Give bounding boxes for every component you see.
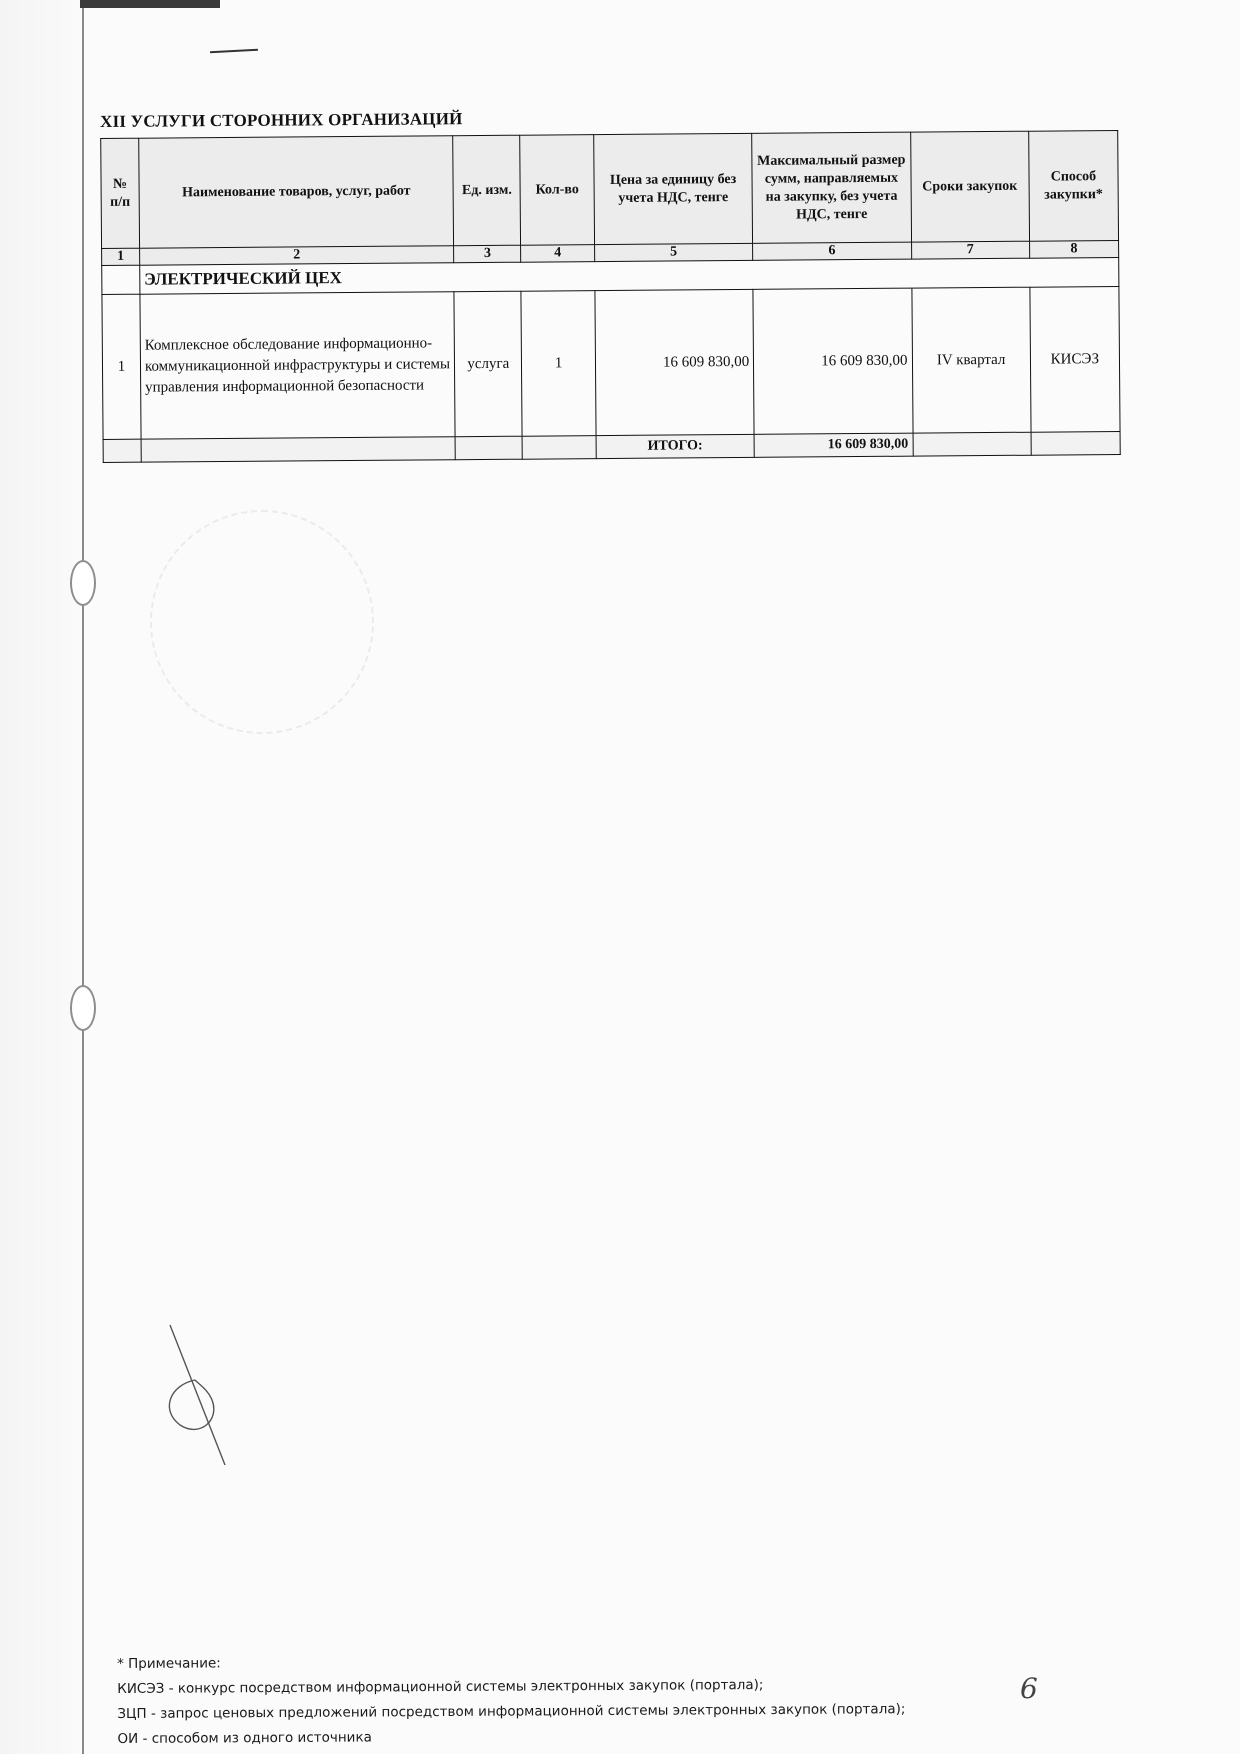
signature-mark bbox=[150, 1320, 270, 1470]
column-number: 3 bbox=[454, 245, 521, 263]
row-no: 1 bbox=[102, 294, 141, 439]
header-period: Сроки закупок bbox=[910, 131, 1029, 242]
page-edge-line bbox=[82, 0, 84, 1754]
footnote: * Примечание: КИСЭЗ - конкурс посредство… bbox=[117, 1647, 906, 1752]
procurement-section: XII УСЛУГИ СТОРОННИХ ОРГАНИЗАЦИЙ № п/п Н… bbox=[100, 104, 1123, 463]
row-unit-price: 16 609 830,00 bbox=[595, 289, 754, 435]
scan-margin bbox=[0, 0, 80, 1754]
column-number: 4 bbox=[521, 245, 595, 263]
header-qty: Кол-во bbox=[520, 135, 594, 246]
table-row: 1 Комплексное обследование информационно… bbox=[102, 287, 1120, 440]
total-blank bbox=[103, 439, 141, 462]
procurement-table: № п/п Наименование товаров, услуг, работ… bbox=[100, 130, 1121, 463]
header-max-amount: Максимальный размер сумм, направляемых н… bbox=[752, 132, 911, 243]
total-label: ИТОГО: bbox=[596, 434, 755, 458]
column-number: 6 bbox=[753, 242, 911, 260]
scan-artifact-bar bbox=[80, 0, 220, 8]
column-number: 5 bbox=[594, 243, 752, 261]
table-header-row: № п/п Наименование товаров, услуг, работ… bbox=[101, 131, 1119, 249]
row-unit: услуга bbox=[454, 291, 522, 437]
footnote-line: ОИ - способом из одного источника bbox=[117, 1722, 905, 1752]
row-qty: 1 bbox=[521, 291, 596, 437]
header-method: Способ закупки* bbox=[1028, 131, 1118, 242]
row-period: IV квартал bbox=[911, 287, 1030, 433]
header-name: Наименование товаров, услуг, работ bbox=[139, 136, 454, 248]
section-title: XII УСЛУГИ СТОРОННИХ ОРГАНИЗАЦИЙ bbox=[100, 104, 1120, 132]
page-number: 6 bbox=[1020, 1672, 1038, 1705]
group-row-blank bbox=[102, 265, 140, 294]
total-blank bbox=[141, 437, 456, 462]
footnote-line: ЗЦП - запрос ценовых предложений посредс… bbox=[117, 1697, 905, 1727]
total-blank bbox=[1031, 431, 1120, 455]
row-max-amount: 16 609 830,00 bbox=[753, 288, 912, 434]
total-blank bbox=[913, 432, 1031, 456]
row-name: Комплексное обследование информационно-к… bbox=[140, 292, 456, 439]
total-blank bbox=[522, 436, 596, 460]
punch-hole bbox=[70, 985, 96, 1031]
punch-hole bbox=[70, 560, 96, 606]
column-number: 7 bbox=[911, 241, 1029, 259]
row-method: КИСЭЗ bbox=[1030, 287, 1120, 433]
total-blank bbox=[455, 436, 522, 460]
header-no: № п/п bbox=[101, 138, 140, 248]
faded-stamp bbox=[150, 510, 374, 734]
total-value: 16 609 830,00 bbox=[754, 433, 913, 457]
header-unit-price: Цена за единицу без учета НДС, тенге bbox=[594, 133, 753, 244]
column-number: 8 bbox=[1029, 241, 1118, 259]
header-unit: Ед. изм. bbox=[453, 135, 521, 246]
column-number: 1 bbox=[102, 248, 140, 265]
pen-mark bbox=[210, 49, 258, 54]
